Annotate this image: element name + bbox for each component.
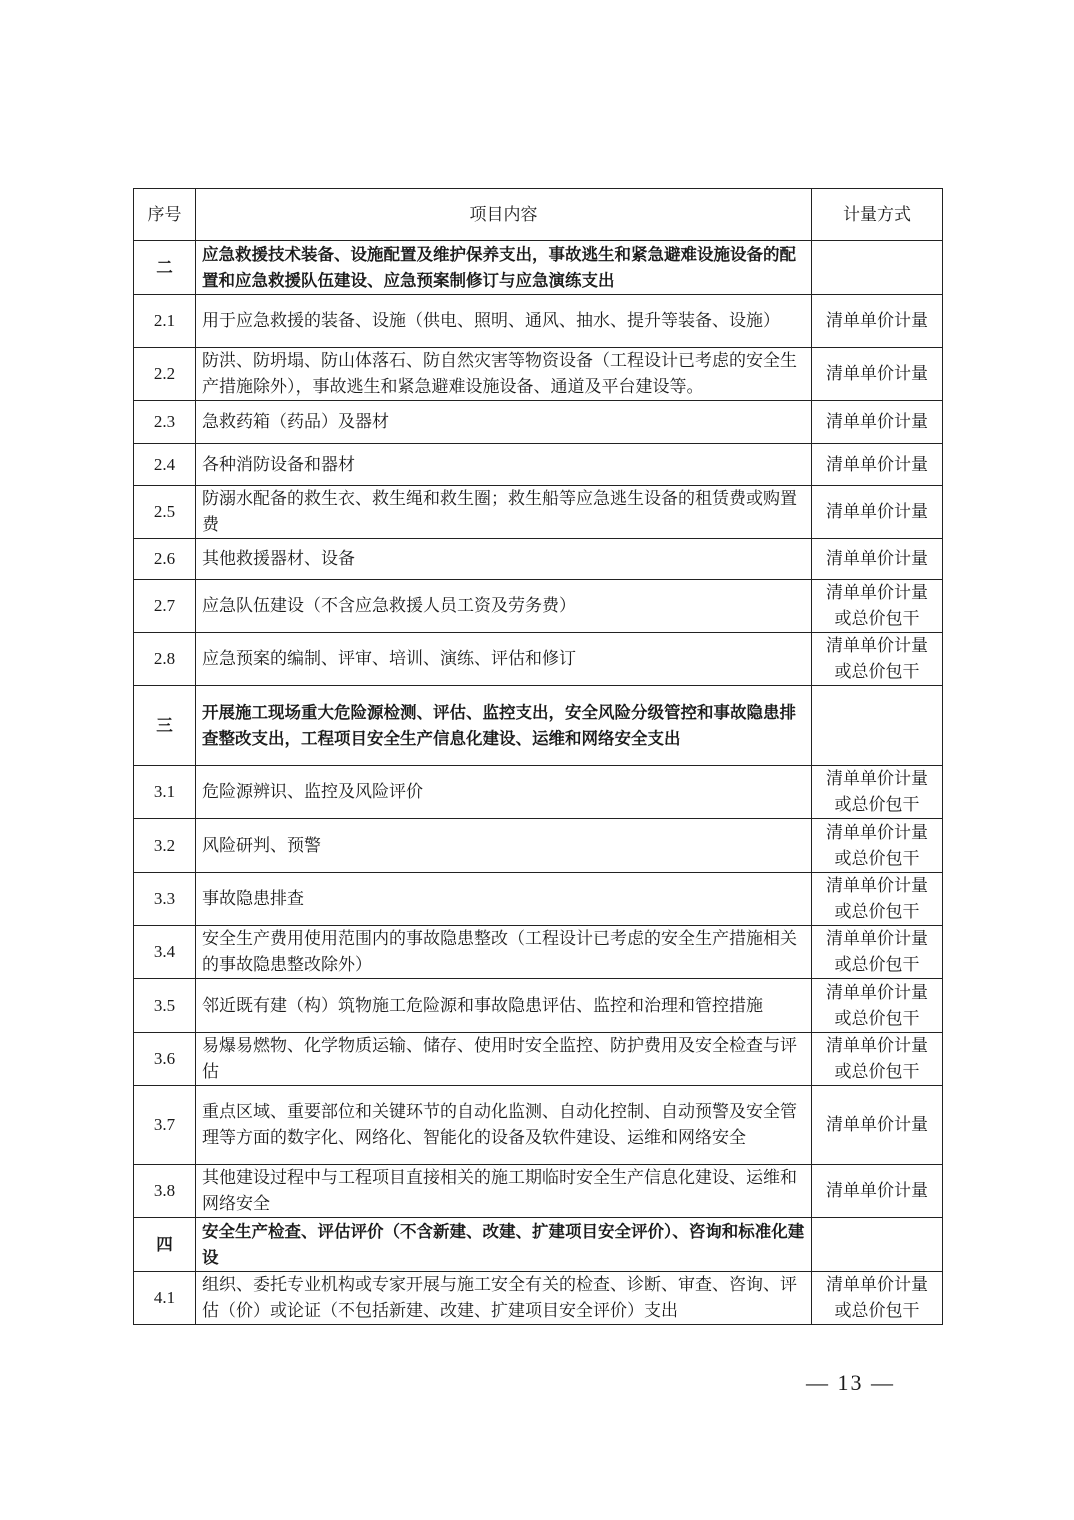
- table-row: 3.5邻近既有建（构）筑物施工危险源和事故隐患评估、监控和治理和管控措施清单单价…: [134, 979, 943, 1033]
- row-measurement-method: 清单单价计量或总价包干: [812, 926, 943, 979]
- row-serial-number: 4.1: [134, 1272, 196, 1325]
- row-item-content: 重点区域、重要部位和关键环节的自动化监测、自动化控制、自动预警及安全管理等方面的…: [196, 1086, 812, 1165]
- row-measurement-method: 清单单价计量或总价包干: [812, 873, 943, 926]
- row-serial-number: 2.3: [134, 401, 196, 444]
- row-measurement-method: 清单单价计量或总价包干: [812, 580, 943, 633]
- row-item-content: 易爆易燃物、化学物质运输、储存、使用时安全监控、防护费用及安全检查与评估: [196, 1033, 812, 1086]
- section-row: 三开展施工现场重大危险源检测、评估、监控支出，安全风险分级管控和事故隐患排查整改…: [134, 686, 943, 766]
- row-measurement-method: 清单单价计量: [812, 1086, 943, 1165]
- row-measurement-method: 清单单价计量: [812, 348, 943, 401]
- header-item-content: 项目内容: [196, 189, 812, 241]
- table-header-row: 序号 项目内容 计量方式: [134, 189, 943, 241]
- section-row: 二应急救援技术装备、设施配置及维护保养支出，事故逃生和紧急避难设施设备的配置和应…: [134, 241, 943, 295]
- row-item-content: 各种消防设备和器材: [196, 444, 812, 486]
- row-item-content: 开展施工现场重大危险源检测、评估、监控支出，安全风险分级管控和事故隐患排查整改支…: [196, 686, 812, 766]
- cost-items-table: 序号 项目内容 计量方式 二应急救援技术装备、设施配置及维护保养支出，事故逃生和…: [133, 188, 943, 1325]
- row-item-content: 危险源辨识、监控及风险评价: [196, 766, 812, 819]
- row-measurement-method: 清单单价计量或总价包干: [812, 819, 943, 873]
- row-item-content: 事故隐患排查: [196, 873, 812, 926]
- table-row: 3.7重点区域、重要部位和关键环节的自动化监测、自动化控制、自动预警及安全管理等…: [134, 1086, 943, 1165]
- table-row: 3.8其他建设过程中与工程项目直接相关的施工期临时安全生产信息化建设、运维和网络…: [134, 1165, 943, 1218]
- row-item-content: 防洪、防坍塌、防山体落石、防自然灾害等物资设备（工程设计已考虑的安全生产措施除外…: [196, 348, 812, 401]
- table-row: 2.3急救药箱（药品）及器材清单单价计量: [134, 401, 943, 444]
- row-measurement-method: 清单单价计量: [812, 295, 943, 348]
- row-measurement-method: 清单单价计量: [812, 539, 943, 580]
- table-row: 2.6其他救援器材、设备清单单价计量: [134, 539, 943, 580]
- row-measurement-method: 清单单价计量: [812, 486, 943, 539]
- table-row: 2.5防溺水配备的救生衣、救生绳和救生圈；救生船等应急逃生设备的租赁费或购置费清…: [134, 486, 943, 539]
- row-item-content: 应急队伍建设（不含应急救援人员工资及劳务费）: [196, 580, 812, 633]
- row-item-content: 组织、委托专业机构或专家开展与施工安全有关的检查、诊断、审查、咨询、评估（价）或…: [196, 1272, 812, 1325]
- row-item-content: 邻近既有建（构）筑物施工危险源和事故隐患评估、监控和治理和管控措施: [196, 979, 812, 1033]
- row-serial-number: 3.7: [134, 1086, 196, 1165]
- row-serial-number: 3.5: [134, 979, 196, 1033]
- row-item-content: 应急救援技术装备、设施配置及维护保养支出，事故逃生和紧急避难设施设备的配置和应急…: [196, 241, 812, 295]
- table-row: 3.2风险研判、预警清单单价计量或总价包干: [134, 819, 943, 873]
- row-measurement-method: 清单单价计量或总价包干: [812, 766, 943, 819]
- row-serial-number: 2.7: [134, 580, 196, 633]
- row-serial-number: 2.4: [134, 444, 196, 486]
- row-item-content: 其他建设过程中与工程项目直接相关的施工期临时安全生产信息化建设、运维和网络安全: [196, 1165, 812, 1218]
- row-serial-number: 3.3: [134, 873, 196, 926]
- row-item-content: 安全生产检查、评估评价（不含新建、改建、扩建项目安全评价）、咨询和标准化建设: [196, 1218, 812, 1272]
- row-serial-number: 2.1: [134, 295, 196, 348]
- row-item-content: 其他救援器材、设备: [196, 539, 812, 580]
- page-number: — 13 —: [806, 1370, 895, 1396]
- row-item-content: 安全生产费用使用范围内的事故隐患整改（工程设计已考虑的安全生产措施相关的事故隐患…: [196, 926, 812, 979]
- table-row: 3.1危险源辨识、监控及风险评价清单单价计量或总价包干: [134, 766, 943, 819]
- row-serial-number: 3.1: [134, 766, 196, 819]
- table-row: 2.1用于应急救援的装备、设施（供电、照明、通风、抽水、提升等装备、设施）清单单…: [134, 295, 943, 348]
- row-measurement-method: 清单单价计量或总价包干: [812, 979, 943, 1033]
- header-serial-number: 序号: [134, 189, 196, 241]
- row-measurement-method: [812, 241, 943, 295]
- row-serial-number: 2.6: [134, 539, 196, 580]
- table-row: 2.7应急队伍建设（不含应急救援人员工资及劳务费）清单单价计量或总价包干: [134, 580, 943, 633]
- row-measurement-method: [812, 686, 943, 766]
- table-row: 2.4各种消防设备和器材清单单价计量: [134, 444, 943, 486]
- table-row: 4.1组织、委托专业机构或专家开展与施工安全有关的检查、诊断、审查、咨询、评估（…: [134, 1272, 943, 1325]
- row-item-content: 防溺水配备的救生衣、救生绳和救生圈；救生船等应急逃生设备的租赁费或购置费: [196, 486, 812, 539]
- row-measurement-method: 清单单价计量: [812, 1165, 943, 1218]
- row-serial-number: 2.5: [134, 486, 196, 539]
- row-serial-number: 2.8: [134, 633, 196, 686]
- row-item-content: 急救药箱（药品）及器材: [196, 401, 812, 444]
- row-item-content: 用于应急救援的装备、设施（供电、照明、通风、抽水、提升等装备、设施）: [196, 295, 812, 348]
- row-measurement-method: [812, 1218, 943, 1272]
- row-serial-number: 四: [134, 1218, 196, 1272]
- header-measurement-method: 计量方式: [812, 189, 943, 241]
- table-row: 2.8应急预案的编制、评审、培训、演练、评估和修订清单单价计量或总价包干: [134, 633, 943, 686]
- row-measurement-method: 清单单价计量或总价包干: [812, 633, 943, 686]
- row-measurement-method: 清单单价计量或总价包干: [812, 1272, 943, 1325]
- row-measurement-method: 清单单价计量: [812, 444, 943, 486]
- row-serial-number: 3.2: [134, 819, 196, 873]
- row-serial-number: 二: [134, 241, 196, 295]
- section-row: 四安全生产检查、评估评价（不含新建、改建、扩建项目安全评价）、咨询和标准化建设: [134, 1218, 943, 1272]
- table-row: 3.6易爆易燃物、化学物质运输、储存、使用时安全监控、防护费用及安全检查与评估清…: [134, 1033, 943, 1086]
- table-row: 2.2防洪、防坍塌、防山体落石、防自然灾害等物资设备（工程设计已考虑的安全生产措…: [134, 348, 943, 401]
- row-serial-number: 3.8: [134, 1165, 196, 1218]
- row-serial-number: 3.6: [134, 1033, 196, 1086]
- row-serial-number: 2.2: [134, 348, 196, 401]
- row-serial-number: 3.4: [134, 926, 196, 979]
- table-row: 3.4安全生产费用使用范围内的事故隐患整改（工程设计已考虑的安全生产措施相关的事…: [134, 926, 943, 979]
- row-measurement-method: 清单单价计量: [812, 401, 943, 444]
- row-item-content: 风险研判、预警: [196, 819, 812, 873]
- row-item-content: 应急预案的编制、评审、培训、演练、评估和修订: [196, 633, 812, 686]
- row-measurement-method: 清单单价计量或总价包干: [812, 1033, 943, 1086]
- row-serial-number: 三: [134, 686, 196, 766]
- table-row: 3.3事故隐患排查清单单价计量或总价包干: [134, 873, 943, 926]
